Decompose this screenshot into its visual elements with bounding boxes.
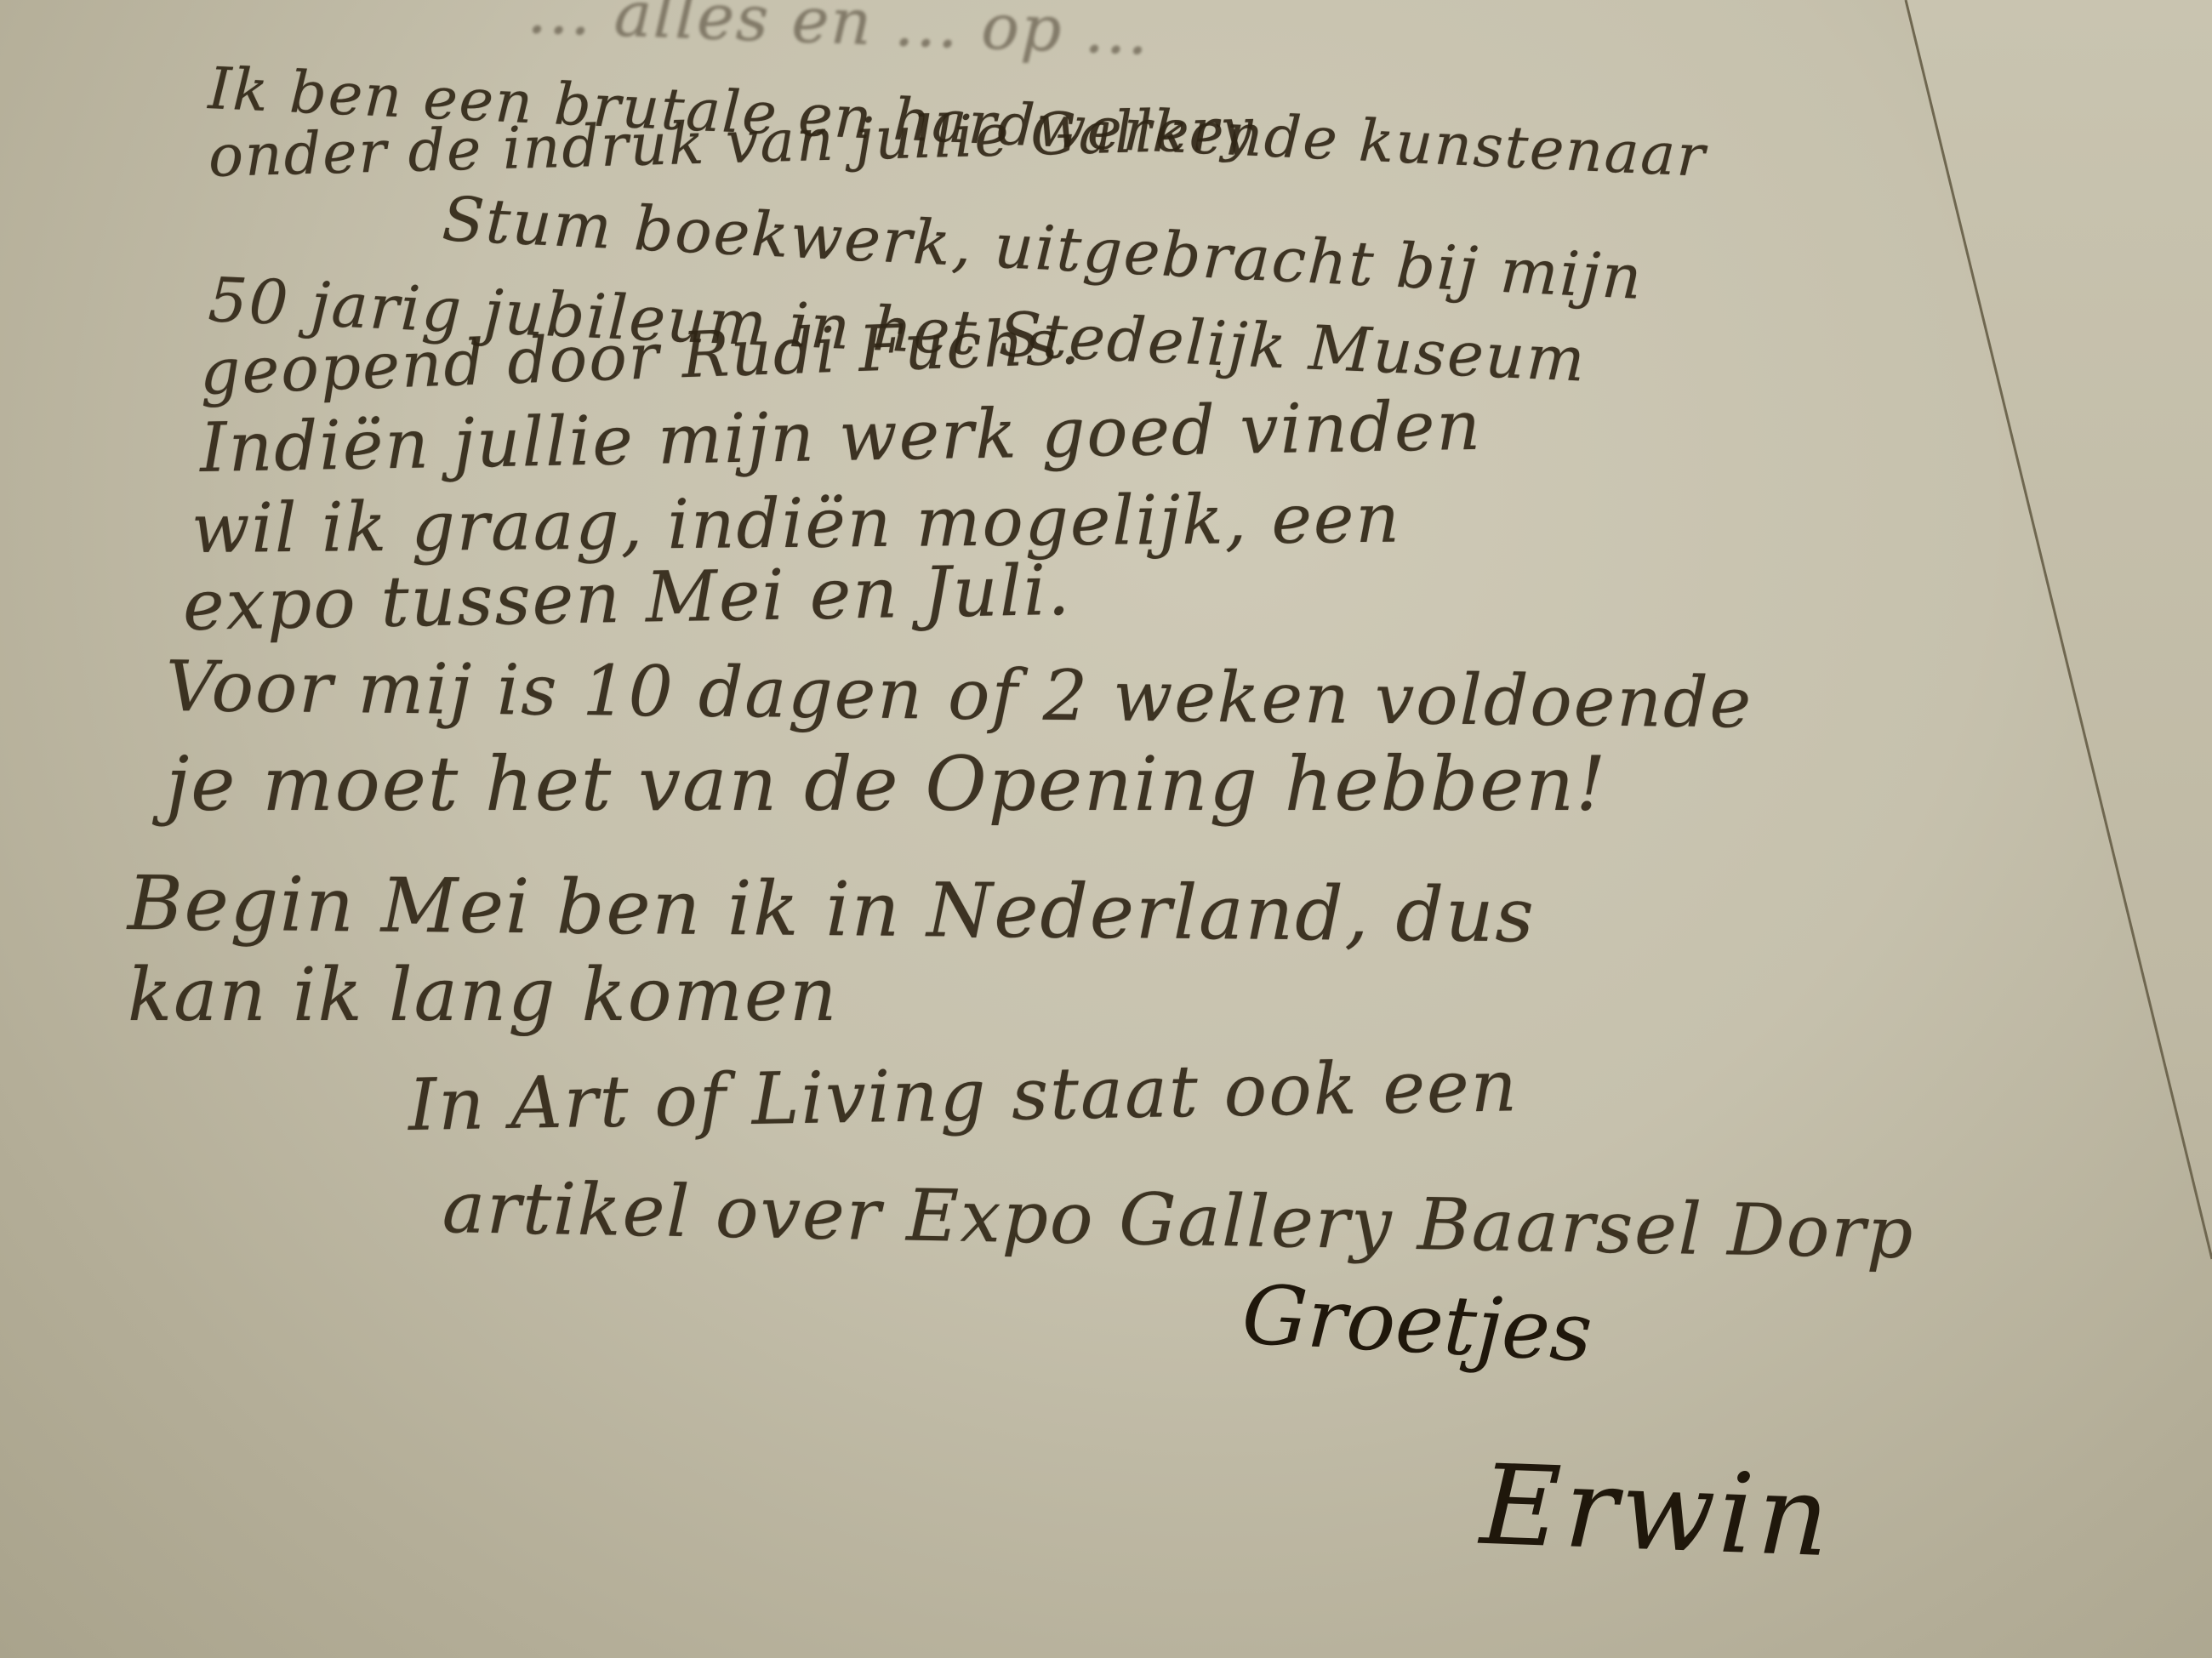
letter-line-14: artikel over Expo Gallery Baarsel Dorp <box>442 1165 1915 1274</box>
letter-line-9: Voor mij is 10 dagen of 2 weken voldoend… <box>166 647 1753 744</box>
letter-header-fragment: ... alles en ... op ... <box>526 0 1150 70</box>
letter-line-8: expo tussen Mei en Juli. <box>182 550 1072 647</box>
letter-line-11: Begin Mei ben ik in Nederland, dus <box>128 859 1536 959</box>
letter-line-12: kan ik lang komen <box>128 953 838 1038</box>
handwritten-letter: ... alles en ... op ... Ik ben een bruta… <box>0 0 2212 1658</box>
signature: Erwin <box>1478 1440 1834 1581</box>
letter-line-10: je moet het van de Opening hebben! <box>166 740 1607 828</box>
letter-closing: Groetjes <box>1240 1267 1594 1380</box>
letter-line-13: In Art of Living staat ook een <box>408 1044 1519 1147</box>
